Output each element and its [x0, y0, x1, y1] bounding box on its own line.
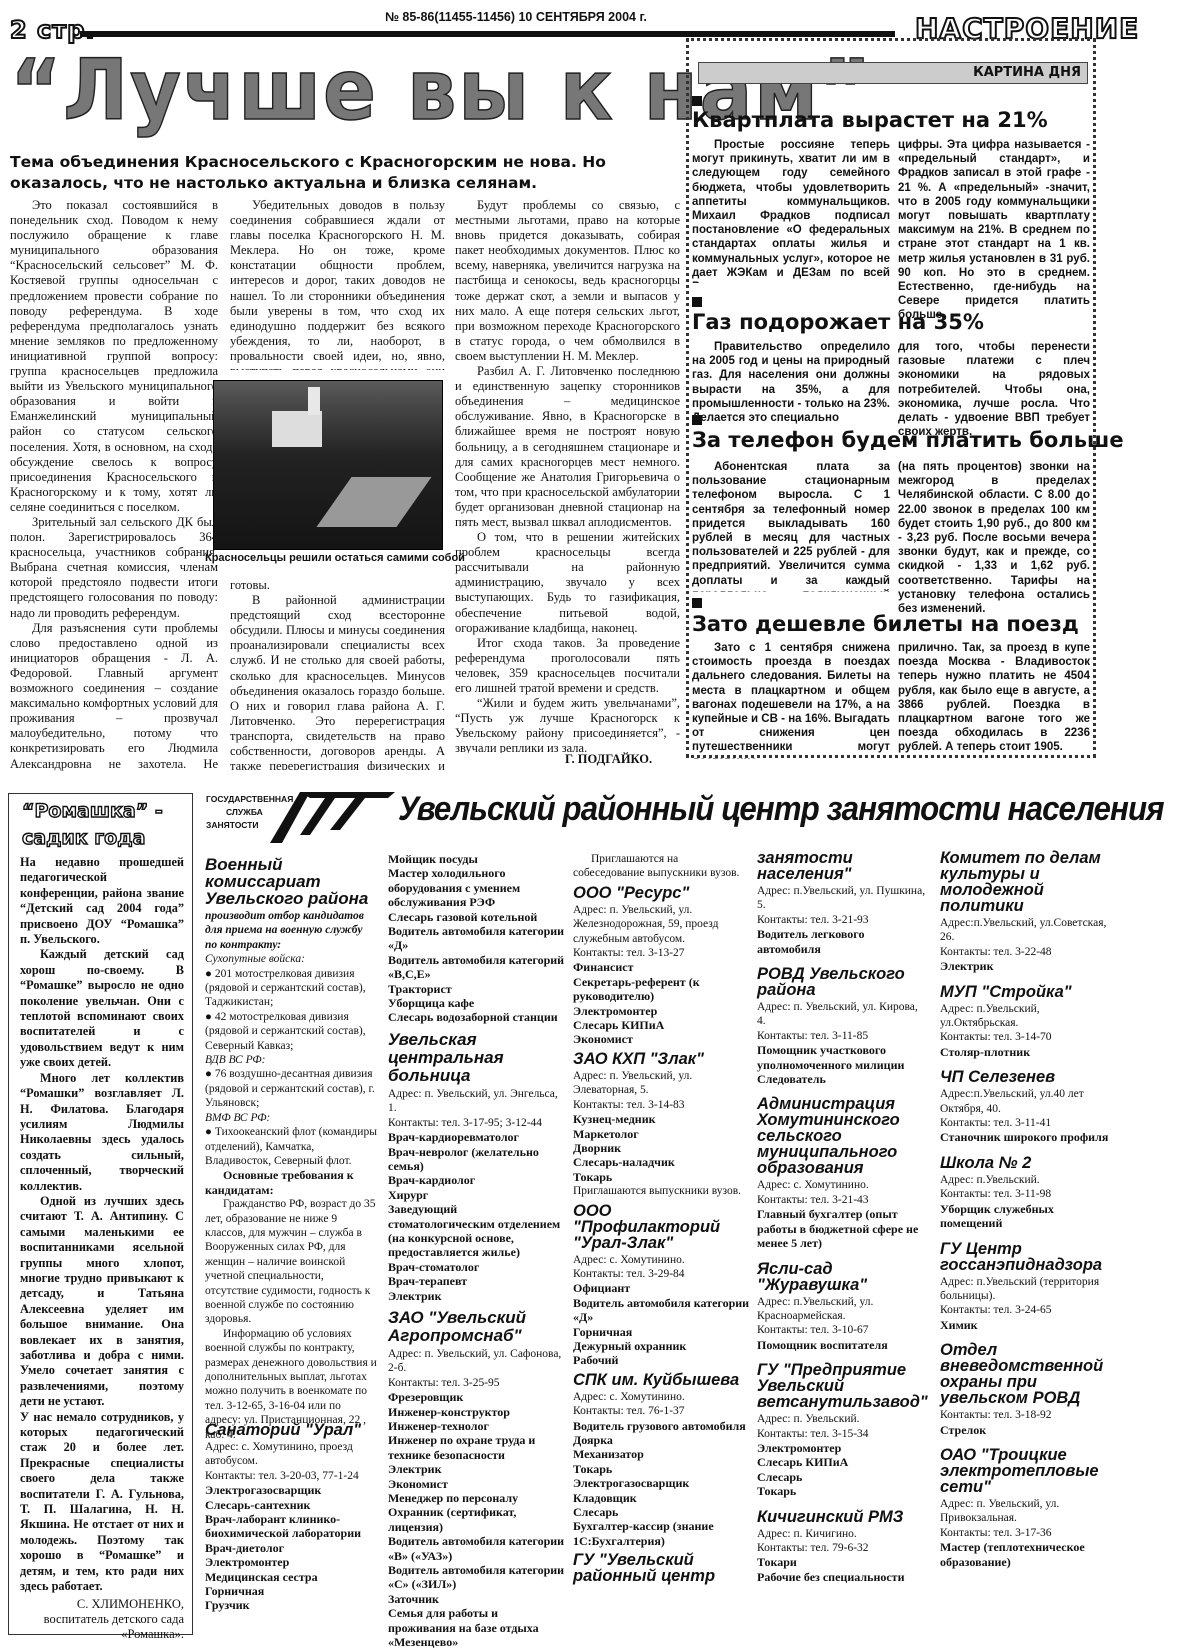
job-item: Уборщик служебных помещений [940, 1202, 1115, 1231]
romashka-signature: С. ХЛИМОНЕНКО, воспитатель детского сада… [20, 1597, 184, 1642]
org-contacts: Контакты: тел. 79-6-32 [757, 1541, 929, 1555]
listings-column-3: Приглашаются на собеседование выпускники… [573, 852, 751, 1586]
org-address: Адрес:п.Увельский, ул.40 лет Октября, 40… [940, 1087, 1115, 1116]
job-item: Слесарь КИПиА [757, 1455, 929, 1469]
photo-caption: Красносельцы решили остаться самими собо… [205, 552, 465, 564]
romashka-paragraph: На недавно прошедшей педагогической конф… [20, 855, 184, 947]
romashka-body: На недавно прошедшей педагогической конф… [20, 855, 184, 1595]
org-name: Кичигинский РМЗ [757, 1509, 929, 1525]
org-contacts: Контакты: тел. 76-1-37 [573, 1404, 751, 1418]
org-address: Адрес: с. Хомутинино. [573, 1253, 751, 1267]
org-address: Адрес: п.Увельский. [940, 1173, 1115, 1187]
org-name: СПК им. Куйбышева [573, 1372, 751, 1388]
org-name: ГУ "Увельский районный центр [573, 1552, 751, 1584]
org-name: ООО "Ресурс" [573, 885, 751, 901]
news-text: Абонентская плата за пользование стацион… [692, 460, 890, 592]
org-address: Адрес: п. Увельский, ул. Энгельса, 1. [388, 1087, 566, 1116]
org-contacts: Контакты: тел. 3-17-95; 3-12-44 [388, 1116, 566, 1130]
job-item: Рабочие без специальности [757, 1570, 929, 1584]
article-paragraph: Это показал состоявшийся в понедельник с… [10, 198, 218, 515]
job-item: Мастер (теплотехническое образование) [940, 1540, 1115, 1569]
roof-shape [316, 477, 431, 527]
org-address: Адрес: п. Увельский, ул. Кирова, 4. [757, 1000, 929, 1029]
news-text: для того, чтобы перенести газовые платеж… [898, 340, 1090, 439]
job-item: Инженер по охране труда и технике безопа… [388, 1433, 566, 1462]
job-item: Помощник участкового уполномоченного мил… [757, 1043, 929, 1072]
org-name: Комитет по делам культуры и молодежной п… [940, 850, 1115, 914]
news-title: Квартплата вырастет на 21% [692, 110, 1048, 131]
listings-column-2: Мойщик посуды Мастер холодильного оборуд… [388, 852, 566, 1648]
article-paragraph: О том, что в решении житейских проблем к… [455, 530, 680, 636]
page-number: 2 стр. [10, 16, 96, 44]
news-text: цифры. Эта цифра называется - «предельны… [898, 138, 1090, 323]
job-item: Главный бухгалтер (опыт работы в бюджетн… [757, 1207, 929, 1250]
day-picture-bar: КАРТИНА ДНЯ [698, 62, 1088, 84]
org-contacts: Контакты: тел. 3-20-03, 77-1-24 [205, 1469, 377, 1483]
org-contacts: Контакты: тел. 3-25-95 [388, 1376, 566, 1390]
news-text: Правительство определило на 2005 год и ц… [692, 340, 890, 425]
org-address: Адрес: п. Увельский, ул. Железнодорожная… [573, 903, 751, 946]
org-contacts: Контакты: тел. 3-24-65 [940, 1303, 1115, 1317]
org-name: ОАО "Троицкие электротепловые сети" [940, 1447, 1115, 1495]
news-title: За телефон будем платить больше [692, 430, 1124, 451]
org-name: Школа № 2 [940, 1155, 1115, 1171]
org-contacts: Контакты: тел. 3-11-98 [940, 1187, 1115, 1201]
job-item: Горничная [205, 1584, 377, 1598]
org-name: Ясли-сад "Журавушка" [757, 1261, 929, 1293]
org-contacts: Контакты: тел. 3-21-43 [757, 1193, 929, 1207]
job-item: Инженер-технолог [388, 1419, 566, 1433]
job-item: Слесарь газовой котельной [388, 910, 566, 924]
romashka-paragraph: У нас немало сотрудников, у которых педа… [20, 1410, 184, 1595]
listings-column-4: занятости населения" Адрес: п.Увельский,… [757, 846, 929, 1584]
job-item: Токарь [757, 1484, 929, 1498]
requirements-title: Основные требования к кандидатам: [205, 1168, 377, 1197]
org-address: Адрес: п. Кичигино. [757, 1527, 929, 1541]
org-contacts: Контакты: тел. 3-11-41 [940, 1116, 1115, 1130]
issue-info: № 85-86(11455-11456) 10 СЕНТЯБРЯ 2004 г. [385, 10, 647, 24]
org-name: ЧП Селезенев [940, 1069, 1115, 1085]
org-name: ГУ "Предприятие Увельский ветсанутильзав… [757, 1362, 929, 1410]
square-bullet-icon [692, 297, 702, 307]
job-item: Водитель легкового автомобиля [757, 927, 929, 956]
military-intro: производит отбор кандидатов для приема н… [205, 909, 377, 952]
military-branch: ВДВ ВС РФ: [205, 1053, 377, 1067]
news-body-left: Абонентская плата за пользование стацион… [692, 460, 890, 592]
job-item: Горничная [573, 1325, 751, 1339]
bell-tower-shape [308, 387, 320, 415]
job-item: Стрелок [940, 1423, 1115, 1437]
job-item: Экономист [388, 1477, 566, 1491]
job-item: Доярка [573, 1433, 751, 1447]
article-paragraph: Для разъяснения сути проблемы слово пред… [10, 621, 218, 775]
news-text: Простые россияне теперь могут прикинуть,… [692, 138, 890, 283]
job-item: Водитель автомобиля категорий «В,С,Е» [388, 953, 566, 982]
article-paragraph: “Жили и будем жить увельчанами”, “Пусть … [455, 696, 680, 753]
job-item: Врач-стоматолог [388, 1260, 566, 1274]
job-item: Водитель автомобиля категории «Д» [573, 1296, 751, 1325]
org-name: Военный комиссариат Увельского района [205, 856, 377, 907]
header-rule [80, 31, 895, 37]
job-item: Врач-терапевт [388, 1274, 566, 1288]
job-item: Мойщик посуды [388, 852, 566, 866]
job-item: Водитель грузового автомобиля [573, 1419, 751, 1433]
job-item: Уборщица кафе [388, 996, 566, 1010]
military-branch: Сухопутные войска: [205, 952, 377, 966]
romashka-paragraph: Каждый детский сад хорош по-своему. В “Р… [20, 947, 184, 1070]
romashka-title: “Ромашка” - садик года [22, 798, 163, 852]
news-body-right: (на пять процентов) звонки на межгород в… [898, 460, 1090, 616]
listing-note: Приглашаются на собеседование выпускники… [573, 852, 751, 881]
listing-note: Приглашаются выпускники вузов. [573, 1184, 751, 1198]
org-contacts: Контакты: тел. 3-14-83 [573, 1098, 751, 1112]
job-item: Слесарь КИПиА [573, 1018, 751, 1032]
job-item: Электромонтер [757, 1441, 929, 1455]
news-body-left: Зато с 1 сентября снижена стоимость прое… [692, 641, 890, 759]
article-col-1b: Зрительный зал сельского ДК был полон. З… [10, 515, 218, 775]
org-address: Адрес: п.Увельский, ул. Пушкина, 5. [757, 884, 929, 913]
org-name: МУП "Стройка" [940, 984, 1115, 1000]
org-contacts: Контакты: тел. 3-17-36 [940, 1526, 1115, 1540]
job-item: Помощник воспитателя [757, 1338, 929, 1352]
listing-sanatorium: Санаторий "Урал" Адрес: с. Хомутинино, п… [205, 1418, 377, 1613]
job-item: Электромонтер [573, 1004, 751, 1018]
job-item: Семья для работы и проживания на базе от… [388, 1606, 566, 1648]
job-item: Столяр-плотник [940, 1045, 1115, 1059]
job-item: Экономист [573, 1032, 751, 1046]
org-name: ООО "Профилакторий "Урал-Злак" [573, 1203, 751, 1251]
job-item: Хирург [388, 1188, 566, 1202]
job-item: Охранник (сертификат, лицензия) [388, 1505, 566, 1534]
article-paragraph: готовы. [230, 578, 445, 593]
article-paragraph: Будут проблемы со связью, с местными льг… [455, 198, 680, 364]
org-address: Адрес: с. Хомутинино, проезд автобусом. [205, 1440, 377, 1469]
romashka-title-line: “Ромашка” - [22, 798, 163, 825]
job-item: Дежурный охранник [573, 1339, 751, 1353]
news-body-right: прилично. Так, за проезд в купе поезда М… [898, 641, 1090, 755]
org-name: Администрация Хомутининского сельского м… [757, 1096, 929, 1176]
org-contacts: Контакты: тел. 3-14-70 [940, 1030, 1115, 1044]
article-paragraph: Убедительных доводов в пользу соединения… [230, 198, 445, 370]
employment-logo-icon [270, 790, 395, 845]
news-text: прилично. Так, за проезд в купе поезда М… [898, 641, 1090, 755]
job-item: Дворник [573, 1141, 751, 1155]
article-paragraph: В районной администрации предстоящий схо… [230, 593, 445, 770]
job-item: Водитель автомобиля категории «В» («УАЗ»… [388, 1534, 566, 1563]
romashka-paragraph: Одной из лучших здесь считают Т. А. Анти… [20, 1194, 184, 1410]
job-item: Официант [573, 1281, 751, 1295]
square-bullet-icon [692, 415, 702, 425]
org-contacts: Контакты: тел. 3-29-84 [573, 1267, 751, 1281]
job-item: Химик [940, 1318, 1115, 1332]
org-address: Адрес: п. Увельский, ул. Привокзальная. [940, 1497, 1115, 1526]
news-title: Газ подорожает на 35% [692, 312, 984, 333]
news-body-left: Правительство определило на 2005 год и ц… [692, 340, 890, 428]
org-contacts: Контакты: тел. 3-15-34 [757, 1427, 929, 1441]
military-unit: Тихоокеанский флот (командиры отделений)… [205, 1125, 377, 1168]
job-item: Медицинская сестра [205, 1570, 377, 1584]
job-item: Электромонтер [205, 1555, 377, 1569]
job-item: Врач-невролог (желательно семья) [388, 1145, 566, 1174]
job-item: Электрик [388, 1462, 566, 1476]
job-item: Бухгалтер-кассир (знание 1С:Бухгалтерия) [573, 1519, 751, 1548]
romashka-author-role: воспитатель детского сада «Ромашка». [20, 1612, 184, 1642]
org-address: Адрес: п. Увельский, ул. Элеваторная, 5. [573, 1069, 751, 1098]
org-address: Адрес: п.Увельский (территория больницы)… [940, 1275, 1115, 1304]
romashka-paragraph: Много лет коллектив “Ромашки” возглавляе… [20, 1071, 184, 1194]
article-col-2b: готовы. В районной администрации предсто… [230, 578, 445, 770]
news-title: Зато дешевле билеты на поезд [692, 614, 1079, 635]
org-address: Адрес: п.Увельский, ул.Октябрьская. [940, 1002, 1115, 1031]
org-address: Адрес: п.Увельский, ул. Красноармейская. [757, 1295, 929, 1324]
job-item: Слесарь [573, 1505, 751, 1519]
employment-title: Увельский районный центр занятости насел… [398, 790, 1164, 829]
job-item: Станочник широкого профиля [940, 1130, 1115, 1144]
job-item: Кузнец-медник [573, 1112, 751, 1126]
article-photo [213, 380, 443, 550]
job-item: Токарь [573, 1462, 751, 1476]
job-item: Мастер холодильного оборудования с умени… [388, 866, 566, 909]
job-item: Грузчик [205, 1598, 377, 1612]
job-item: Слесарь-наладчик [573, 1155, 751, 1169]
article-col-1a: Это показал состоявшийся в понедельник с… [10, 198, 218, 515]
job-item: Врач-кардиоревматолог [388, 1130, 566, 1144]
job-item: Кладовщик [573, 1491, 751, 1505]
org-name: ЗАО КХП "Злак" [573, 1051, 751, 1067]
job-item: Следователь [757, 1072, 929, 1086]
job-item: Инженер-конструктор [388, 1405, 566, 1419]
job-item: Токари [757, 1555, 929, 1569]
job-item: Финансист [573, 960, 751, 974]
square-bullet-icon [692, 96, 702, 106]
org-address: Адрес: п. Увельский. [757, 1412, 929, 1426]
job-item: Водитель автомобиля категории «С» («ЗИЛ»… [388, 1563, 566, 1592]
job-item: Врач-диетолог [205, 1541, 377, 1555]
org-name: Увельская центральная больница [388, 1031, 566, 1085]
military-unit: 201 мотострелковая дивизия (рядовой и се… [205, 967, 377, 1010]
article-lead: Тема объединения Красносельского с Красн… [10, 152, 690, 194]
article-paragraph: Разбил А. Г. Литовченко последнюю и един… [455, 364, 680, 530]
org-contacts: Контакты: тел. 3-10-67 [757, 1323, 929, 1337]
listings-column-5: Комитет по делам культуры и молодежной п… [940, 846, 1115, 1569]
org-address: Адрес: с. Хомутинино. [573, 1390, 751, 1404]
church-shape [272, 411, 322, 447]
romashka-author: С. ХЛИМОНЕНКО, [20, 1597, 184, 1612]
job-item: Электрик [388, 1289, 566, 1303]
military-branch: ВМФ ВС РФ: [205, 1111, 377, 1125]
org-address: Адрес: с. Хомутинино. [757, 1178, 929, 1192]
org-address: Адрес:п.Увельский, ул.Советская, 26. [940, 916, 1115, 945]
job-item: Менеджер по персоналу [388, 1491, 566, 1505]
article-col-2a: Убедительных доводов в пользу соединения… [230, 198, 445, 370]
job-item: Электрогазосварщик [573, 1476, 751, 1490]
job-item: Электрогазосварщик [205, 1483, 377, 1497]
job-item: Заточник [388, 1592, 566, 1606]
org-contacts: Контакты: тел. 3-21-93 [757, 913, 929, 927]
job-item: Рабочий [573, 1353, 751, 1367]
org-contacts: Контакты: тел. 3-22-48 [940, 945, 1115, 959]
job-item: Фрезеровщик [388, 1390, 566, 1404]
square-bullet-icon [692, 598, 702, 608]
article-paragraph: Итог схода таков. За проведение референд… [455, 636, 680, 696]
article-col-3: Будут проблемы со связью, с местными льг… [455, 198, 680, 753]
job-item: Тракторист [388, 982, 566, 996]
org-name: Санаторий "Урал" [205, 1422, 377, 1438]
org-name: занятости населения" [757, 850, 929, 882]
article-paragraph: Зрительный зал сельского ДК был полон. З… [10, 515, 218, 621]
org-address: Адрес: п. Увельский, ул. Сафонова, 2-б. [388, 1347, 566, 1376]
job-item: Электрик [940, 959, 1115, 973]
news-text: (на пять процентов) звонки на межгород в… [898, 460, 1090, 616]
job-item: Секретарь-референт (к руководителю) [573, 975, 751, 1004]
romashka-title-line: садик года [22, 825, 163, 852]
requirements-text: Гражданство РФ, возраст до 35 лет, образ… [205, 1197, 377, 1327]
job-item: Слесарь водозаборной станции [388, 1010, 566, 1024]
org-contacts: Контакты: тел. 3-11-85 [757, 1029, 929, 1043]
org-name: ЗАО "Увельский Агропромснаб" [388, 1309, 566, 1345]
news-body-right: для того, чтобы перенести газовые платеж… [898, 340, 1090, 439]
job-item: Маркетолог [573, 1127, 751, 1141]
job-item: Водитель автомобиля категории «Д» [388, 924, 566, 953]
org-name: ГУ Центр госсанэпиднадзора [940, 1241, 1115, 1273]
article-author: Г. ПОДГАЙКО. [565, 752, 652, 767]
job-item: Врач-лаборант клинико-биохимической лабо… [205, 1512, 377, 1541]
military-listing: Военный комиссариат Увельского района пр… [205, 852, 377, 1442]
job-item: Слесарь-сантехник [205, 1498, 377, 1512]
news-text: Зато с 1 сентября снижена стоимость прое… [692, 641, 890, 759]
job-item: Токарь [573, 1170, 751, 1184]
org-contacts: Контакты: тел. 3-13-27 [573, 946, 751, 960]
org-name: РОВД Увельского района [757, 966, 929, 998]
news-body-left: Простые россияне теперь могут прикинуть,… [692, 138, 890, 283]
news-body-right: цифры. Эта цифра называется - «предельны… [898, 138, 1090, 323]
job-item: Заведующий стоматологическим отделением … [388, 1202, 566, 1260]
military-unit: 76 воздушно-десантная дивизия (рядовой и… [205, 1067, 377, 1110]
job-item: Механизатор [573, 1447, 751, 1461]
org-contacts: Контакты: тел. 3-18-92 [940, 1408, 1115, 1422]
job-item: Врач-кардиолог [388, 1173, 566, 1187]
military-unit: 42 мотострелковая дивизия (рядовой и сер… [205, 1010, 377, 1053]
day-picture-label: КАРТИНА ДНЯ [973, 65, 1081, 80]
org-name: Отдел вневедомственной охраны при увельс… [940, 1342, 1115, 1406]
job-item: Слесарь [757, 1470, 929, 1484]
